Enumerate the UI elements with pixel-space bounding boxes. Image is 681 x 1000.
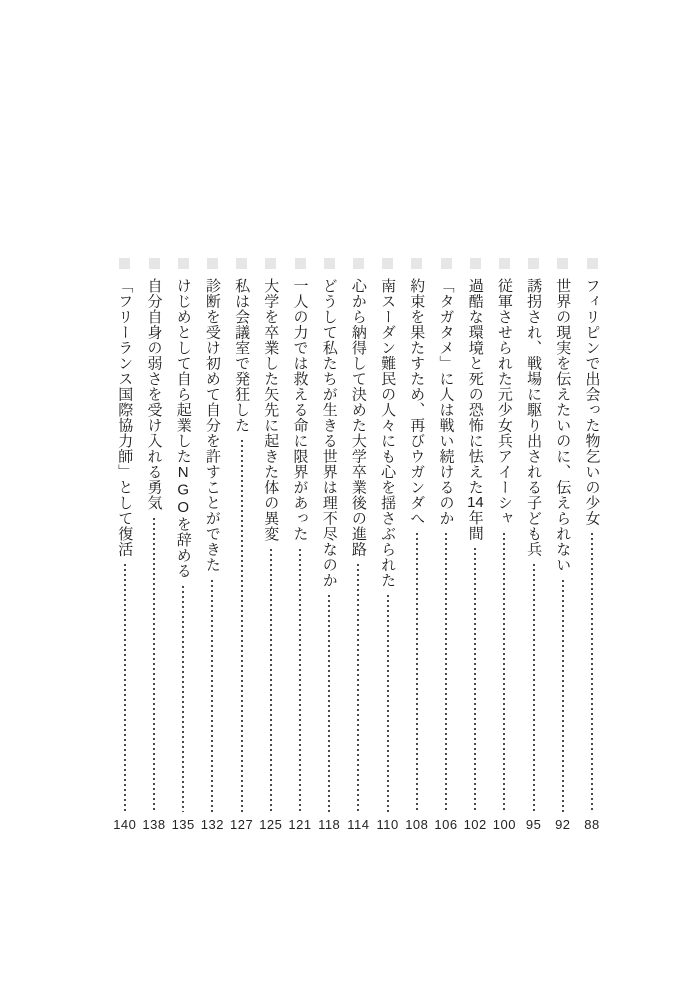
dotted-leader [533, 564, 535, 812]
dotted-leader [299, 549, 301, 813]
dotted-leader [124, 564, 126, 812]
toc-entry: 約束を果たすため、再びウガンダへ 108 [402, 258, 432, 838]
toc-entry: 心から納得して決めた大学卒業後の進路 114 [343, 258, 373, 838]
square-bullet-icon [295, 258, 306, 269]
toc-entry: どうして私たちが生きる世界は理不尽なのか 118 [314, 258, 344, 838]
dotted-leader [241, 440, 243, 812]
toc-entry: 「フリーランス国際協力師」として復活 140 [110, 258, 140, 838]
toc-entry-title: 「タガタメ」に人は戦い続けるのか [439, 278, 454, 526]
toc-entry-title: 従軍させられた元少女兵アイーシャ [497, 278, 512, 526]
dotted-leader [474, 548, 476, 812]
square-bullet-icon [382, 258, 393, 269]
toc-entry-page-number: 140 [113, 812, 136, 838]
toc-entry-page-number: 95 [526, 812, 541, 838]
dotted-leader [270, 549, 272, 813]
square-bullet-icon [557, 258, 568, 269]
toc-entry: 診断を受け初めて自分を許すことができた 132 [197, 258, 227, 838]
toc-entry-title: 一人の力では救える命に限界があった [293, 278, 308, 542]
toc-entry-page-number: 114 [347, 812, 369, 838]
dotted-leader [445, 533, 447, 812]
toc-entry-title: けじめとして自ら起業したNGOを辞める [176, 278, 191, 579]
toc-entry-title: 南スーダン難民の人々にも心を揺さぶられた [380, 278, 395, 588]
toc-entry-title: 診断を受け初めて自分を許すことができた [205, 278, 220, 573]
toc-entry: 世界の現実を伝えたいのに、伝えられない 92 [548, 258, 578, 838]
square-bullet-icon [207, 258, 218, 269]
toc-entry-page-number: 125 [259, 812, 282, 838]
toc-entry-title: 約束を果たすため、再びウガンダへ [409, 278, 424, 526]
dotted-leader [211, 580, 213, 813]
dotted-leader [387, 595, 389, 812]
dotted-leader [182, 586, 184, 813]
dotted-leader [357, 564, 359, 812]
square-bullet-icon [265, 258, 276, 269]
toc-entry-title: フィリピンで出会った物乞いの少女 [585, 278, 600, 526]
dotted-leader [153, 518, 155, 813]
square-bullet-icon [149, 258, 160, 269]
square-bullet-icon [411, 258, 422, 269]
dotted-leader [562, 580, 564, 813]
toc-entry-page-number: 110 [376, 812, 398, 838]
toc-entry-title: 誘拐され、戦場に駆り出される子ども兵 [526, 278, 541, 557]
square-bullet-icon [528, 258, 539, 269]
toc-entry: 自分自身の弱さを受け入れる勇気 138 [139, 258, 169, 838]
toc-entry-title: 私は会議室で発狂した [234, 278, 249, 433]
square-bullet-icon [324, 258, 335, 269]
toc-entry: 一人の力では救える命に限界があった 121 [285, 258, 315, 838]
dotted-leader [591, 533, 593, 812]
toc-entry: 過酷な環境と死の恐怖に怯えた14年間 102 [460, 258, 490, 838]
square-bullet-icon [441, 258, 452, 269]
toc-entry: 誘拐され、戦場に駆り出される子ども兵 95 [519, 258, 549, 838]
toc-entry-page-number: 121 [288, 812, 311, 838]
toc-entry: 南スーダン難民の人々にも心を揺さぶられた 110 [373, 258, 403, 838]
toc-entry-page-number: 108 [405, 812, 428, 838]
toc-entry-title: 大学を卒業した矢先に起きた体の異変 [263, 278, 278, 542]
toc-entry-page-number: 92 [555, 812, 570, 838]
toc-entry-page-number: 135 [172, 812, 195, 838]
toc-entry: 私は会議室で発狂した 127 [227, 258, 257, 838]
square-bullet-icon [587, 258, 598, 269]
toc-entry-page-number: 132 [201, 812, 224, 838]
toc-entry-title: 世界の現実を伝えたいのに、伝えられない [555, 278, 570, 573]
square-bullet-icon [353, 258, 364, 269]
toc-entry-page-number: 100 [493, 812, 516, 838]
dotted-leader [328, 595, 330, 812]
toc-list: フィリピンで出会った物乞いの少女 88 世界の現実を伝えたいのに、伝えられない … [0, 0, 681, 1000]
toc-entry-title: どうして私たちが生きる世界は理不尽なのか [322, 278, 337, 588]
toc-entry: 大学を卒業した矢先に起きた体の異変 125 [256, 258, 286, 838]
square-bullet-icon [119, 258, 130, 269]
toc-entry: けじめとして自ら起業したNGOを辞める 135 [168, 258, 198, 838]
toc-page: フィリピンで出会った物乞いの少女 88 世界の現実を伝えたいのに、伝えられない … [0, 0, 681, 1000]
toc-entry-page-number: 118 [318, 812, 340, 838]
square-bullet-icon [236, 258, 247, 269]
square-bullet-icon [178, 258, 189, 269]
square-bullet-icon [470, 258, 481, 269]
toc-entry-title: 「フリーランス国際協力師」として復活 [117, 278, 132, 557]
toc-entry-page-number: 88 [584, 812, 599, 838]
toc-entry-title: 自分自身の弱さを受け入れる勇気 [147, 278, 162, 511]
dotted-leader [416, 533, 418, 812]
toc-entry: 「タガタメ」に人は戦い続けるのか 106 [431, 258, 461, 838]
toc-entry-page-number: 127 [230, 812, 253, 838]
toc-entry: 従軍させられた元少女兵アイーシャ 100 [489, 258, 519, 838]
toc-entry: フィリピンで出会った物乞いの少女 88 [577, 258, 607, 838]
square-bullet-icon [499, 258, 510, 269]
toc-entry-page-number: 102 [464, 812, 487, 838]
dotted-leader [503, 533, 505, 812]
toc-entry-title: 心から納得して決めた大学卒業後の進路 [351, 278, 366, 557]
toc-entry-title: 過酷な環境と死の恐怖に怯えた14年間 [468, 278, 483, 541]
toc-entry-page-number: 138 [142, 812, 165, 838]
toc-entry-page-number: 106 [434, 812, 457, 838]
